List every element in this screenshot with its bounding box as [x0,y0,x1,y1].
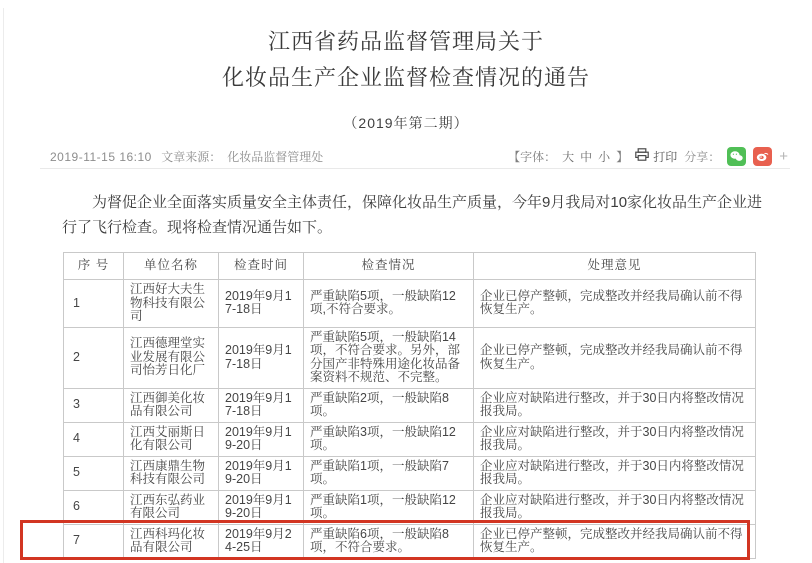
table-cell: 2019年9月19-20日 [219,490,304,524]
table-cell: 2 [64,327,124,388]
table-cell: 企业已停产整顿，完成整改并经我局确认前不得恢复生产。 [474,327,756,388]
table-cell: 企业应对缺陷进行整改，并于30日内将整改情况报我局。 [474,388,756,422]
table-cell: 1 [64,280,124,328]
table-cell: 江西康鼎生物科技有限公司 [124,456,219,490]
source-value: 化妆品监督管理处 [227,150,323,164]
highlighted-table-row: 7江西科玛化妆品有限公司2019年9月24-25日严重缺陷6项，一般缺陷8项，不… [64,524,756,558]
column-header: 检查情况 [304,253,474,280]
column-header: 处理意见 [474,253,756,280]
table-cell: 江西好大夫生物科技有限公司 [124,280,219,328]
intro-paragraph: 为督促企业全面落实质量安全主体责任，保障化妆品生产质量，今年9月我局对10家化妆… [62,190,772,240]
table-cell: 江西艾丽斯日化有限公司 [124,422,219,456]
publish-datetime: 2019-11-15 16:10 [50,150,152,164]
page-title-line2: 化妆品生产企业监督检查情况的通告 [0,60,812,96]
column-header: 单位名称 [124,253,219,280]
table-cell: 企业应对缺陷进行整改，并于30日内将整改情况报我局。 [474,422,756,456]
wechat-share-icon[interactable] [727,147,746,166]
table-cell: 2019年9月17-18日 [219,280,304,328]
article-page: 江西省药品监督管理局关于 化妆品生产企业监督检查情况的通告 （2019年第二期）… [0,0,812,563]
table-cell: 2019年9月17-18日 [219,388,304,422]
table-cell: 6 [64,490,124,524]
table-row: 2江西德理堂实业发展有限公司怡芳日化厂2019年9月17-18日严重缺陷5项，一… [64,327,756,388]
table-body: 1江西好大夫生物科技有限公司2019年9月17-18日严重缺陷5项，一般缺陷12… [64,280,756,559]
more-share-button[interactable]: + [779,148,788,165]
table-cell: 2019年9月19-20日 [219,422,304,456]
article-header: 江西省药品监督管理局关于 化妆品生产企业监督检查情况的通告 （2019年第二期） [0,24,812,133]
print-label: 打印 [653,148,677,165]
column-header: 序 号 [64,253,124,280]
table-cell: 江西德理堂实业发展有限公司怡芳日化厂 [124,327,219,388]
table-cell: 7 [64,524,124,558]
table-row: 5江西康鼎生物科技有限公司2019年9月19-20日严重缺陷1项，一般缺陷7项。… [64,456,756,490]
table-cell: 江西科玛化妆品有限公司 [124,524,219,558]
header-divider [40,168,790,169]
table-cell: 2019年9月17-18日 [219,327,304,388]
column-header: 检查时间 [219,253,304,280]
inspection-table: 序 号单位名称检查时间检查情况处理意见 1江西好大夫生物科技有限公司2019年9… [63,252,756,559]
fontsize-large-button[interactable]: 大 [562,148,574,165]
table-cell: 3 [64,388,124,422]
table-cell: 2019年9月19-20日 [219,456,304,490]
fontsize-medium-button[interactable]: 中 [580,148,592,165]
fontsize-open-bracket: 【字体： [508,148,556,165]
table-cell: 严重缺陷3项，一般缺陷12项。 [304,422,474,456]
table-container: 序 号单位名称检查时间检查情况处理意见 1江西好大夫生物科技有限公司2019年9… [63,252,756,559]
print-button[interactable]: 打印 [635,148,677,165]
table-row: 1江西好大夫生物科技有限公司2019年9月17-18日严重缺陷5项，一般缺陷12… [64,280,756,328]
fontsize-control: 【字体： 大 中 小 】 [508,148,628,165]
table-cell: 企业已停产整顿，完成整改并经我局确认前不得恢复生产。 [474,524,756,558]
weibo-share-icon[interactable] [753,147,772,166]
table-cell: 严重缺陷2项，一般缺陷8项。 [304,388,474,422]
table-cell: 企业应对缺陷进行整改，并于30日内将整改情况报我局。 [474,456,756,490]
table-cell: 严重缺陷1项，一般缺陷7项。 [304,456,474,490]
page-title-line1: 江西省药品监督管理局关于 [0,24,812,60]
share-label: 分享： [684,148,720,165]
table-cell: 严重缺陷5项，一般缺陷14项，不符合要求。另外，部分国产非特殊用途化妆品备案资料… [304,327,474,388]
table-cell: 严重缺陷6项，一般缺陷8项，不符合要求。 [304,524,474,558]
table-cell: 2019年9月24-25日 [219,524,304,558]
table-cell: 江西东弘药业有限公司 [124,490,219,524]
table-row: 3江西御美化妆品有限公司2019年9月17-18日严重缺陷2项，一般缺陷8项。企… [64,388,756,422]
meta-info: 2019-11-15 16:10 文章来源：化妆品监督管理处 [50,148,329,165]
fontsize-small-button[interactable]: 小 [598,148,610,165]
table-cell: 严重缺陷1项，一般缺陷12项。 [304,490,474,524]
table-row: 4江西艾丽斯日化有限公司2019年9月19-20日严重缺陷3项，一般缺陷12项。… [64,422,756,456]
table-cell: 4 [64,422,124,456]
article-tools: 【字体： 大 中 小 】 打印 分享： + [508,147,788,166]
printer-icon [635,148,649,164]
table-cell: 江西御美化妆品有限公司 [124,388,219,422]
meta-bar: 2019-11-15 16:10 文章来源：化妆品监督管理处 【字体： 大 中 … [50,146,788,166]
table-cell: 严重缺陷5项，一般缺陷12项,不符合要求。 [304,280,474,328]
table-header-row: 序 号单位名称检查时间检查情况处理意见 [64,253,756,280]
table-row: 6江西东弘药业有限公司2019年9月19-20日严重缺陷1项，一般缺陷12项。企… [64,490,756,524]
source-label: 文章来源： [161,150,221,164]
fontsize-close-bracket: 】 [616,148,628,165]
issue-number: （2019年第二期） [0,113,812,133]
table-cell: 企业已停产整顿，完成整改并经我局确认前不得恢复生产。 [474,280,756,328]
table-cell: 5 [64,456,124,490]
table-cell: 企业应对缺陷进行整改，并于30日内将整改情况报我局。 [474,490,756,524]
